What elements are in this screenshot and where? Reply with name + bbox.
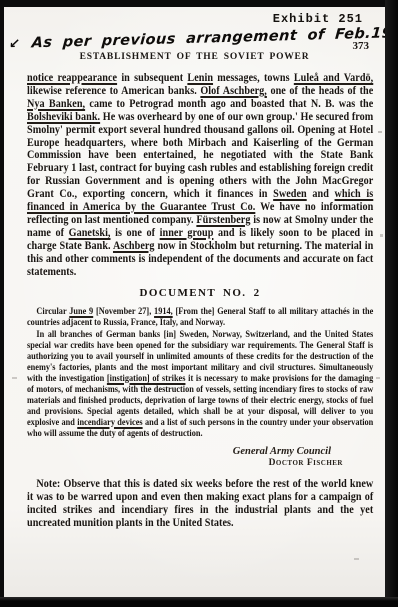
scan-speck bbox=[376, 377, 380, 379]
underlined-phrase: Sweden bbox=[273, 186, 307, 200]
text-run: likewise reference to American banks. bbox=[27, 83, 200, 97]
underlined-phrase: notice reappearance bbox=[27, 70, 117, 84]
underlined-phrase: 1914, bbox=[154, 306, 173, 317]
underlined-phrase: Fürstenberg bbox=[196, 212, 250, 226]
underlined-phrase: inner group bbox=[160, 225, 214, 239]
document-no-2-heading: DOCUMENT NO. 2 bbox=[27, 287, 373, 299]
scan-speck bbox=[380, 234, 383, 237]
text-run: came to Petrograd month ago and boasted … bbox=[85, 96, 373, 110]
underlined-phrase: Aschberg bbox=[113, 238, 155, 252]
text-run: is one of bbox=[111, 225, 160, 239]
text-run: Note: Observe that this is dated six wee… bbox=[27, 476, 373, 530]
underlined-phrase: [instigation] of strikes bbox=[107, 373, 186, 384]
text-run: messages, towns bbox=[213, 70, 294, 84]
paragraph-lenin-banks: notice reappearance in subsequent Lenin … bbox=[27, 71, 373, 278]
scan-edge-bottom bbox=[0, 597, 398, 607]
exhibit-label: Exhibit 251 bbox=[273, 12, 363, 26]
text-run: one of the heads of the bbox=[267, 83, 373, 97]
note-paragraph: Note: Observe that this is dated six wee… bbox=[27, 477, 373, 530]
underlined-phrase: Ganetski, bbox=[69, 225, 111, 239]
text-run: [November 27], bbox=[93, 306, 154, 317]
text-run: in subsequent bbox=[117, 70, 187, 84]
scanned-document: Exhibit 251 ESTABLISHMENT OF THE SOVIET … bbox=[0, 0, 398, 607]
scan-speck bbox=[354, 558, 359, 560]
signature-block: General Army Council Doctor Fischer bbox=[27, 446, 343, 468]
underlined-phrase: Lenin bbox=[187, 70, 213, 84]
text-run: Circular bbox=[36, 306, 69, 317]
scan-edge-top bbox=[0, 0, 398, 7]
signature-name: Doctor Fischer bbox=[27, 458, 343, 468]
circular-text: In all branches of German banks [in] Swe… bbox=[27, 329, 373, 439]
underlined-phrase: Olof Aschberg, bbox=[200, 83, 267, 97]
signature-title: General Army Council bbox=[27, 446, 343, 457]
scan-edge-right bbox=[385, 0, 398, 607]
header-title: ESTABLISHMENT OF THE SOVIET POWER bbox=[80, 52, 310, 62]
underlined-phrase: Bolsheviki bank. bbox=[27, 109, 100, 123]
scan-speck bbox=[378, 131, 382, 133]
scan-speck bbox=[12, 377, 17, 379]
circular-dateline: Circular June 9 [November 27], 1914, [Fr… bbox=[27, 306, 373, 328]
document-page: Exhibit 251 ESTABLISHMENT OF THE SOVIET … bbox=[4, 7, 385, 597]
underlined-phrase: incendiary devices bbox=[77, 417, 142, 428]
underlined-phrase: Luleå and Vardö, bbox=[294, 70, 373, 84]
document-body: notice reappearance in subsequent Lenin … bbox=[27, 71, 373, 530]
scan-edge-left bbox=[0, 0, 4, 607]
underlined-phrase: June 9 bbox=[69, 306, 93, 317]
text-run: and bbox=[307, 186, 335, 200]
handwritten-arrow-icon: ↙ bbox=[8, 37, 20, 52]
underlined-phrase: Nya Banken, bbox=[27, 96, 85, 110]
